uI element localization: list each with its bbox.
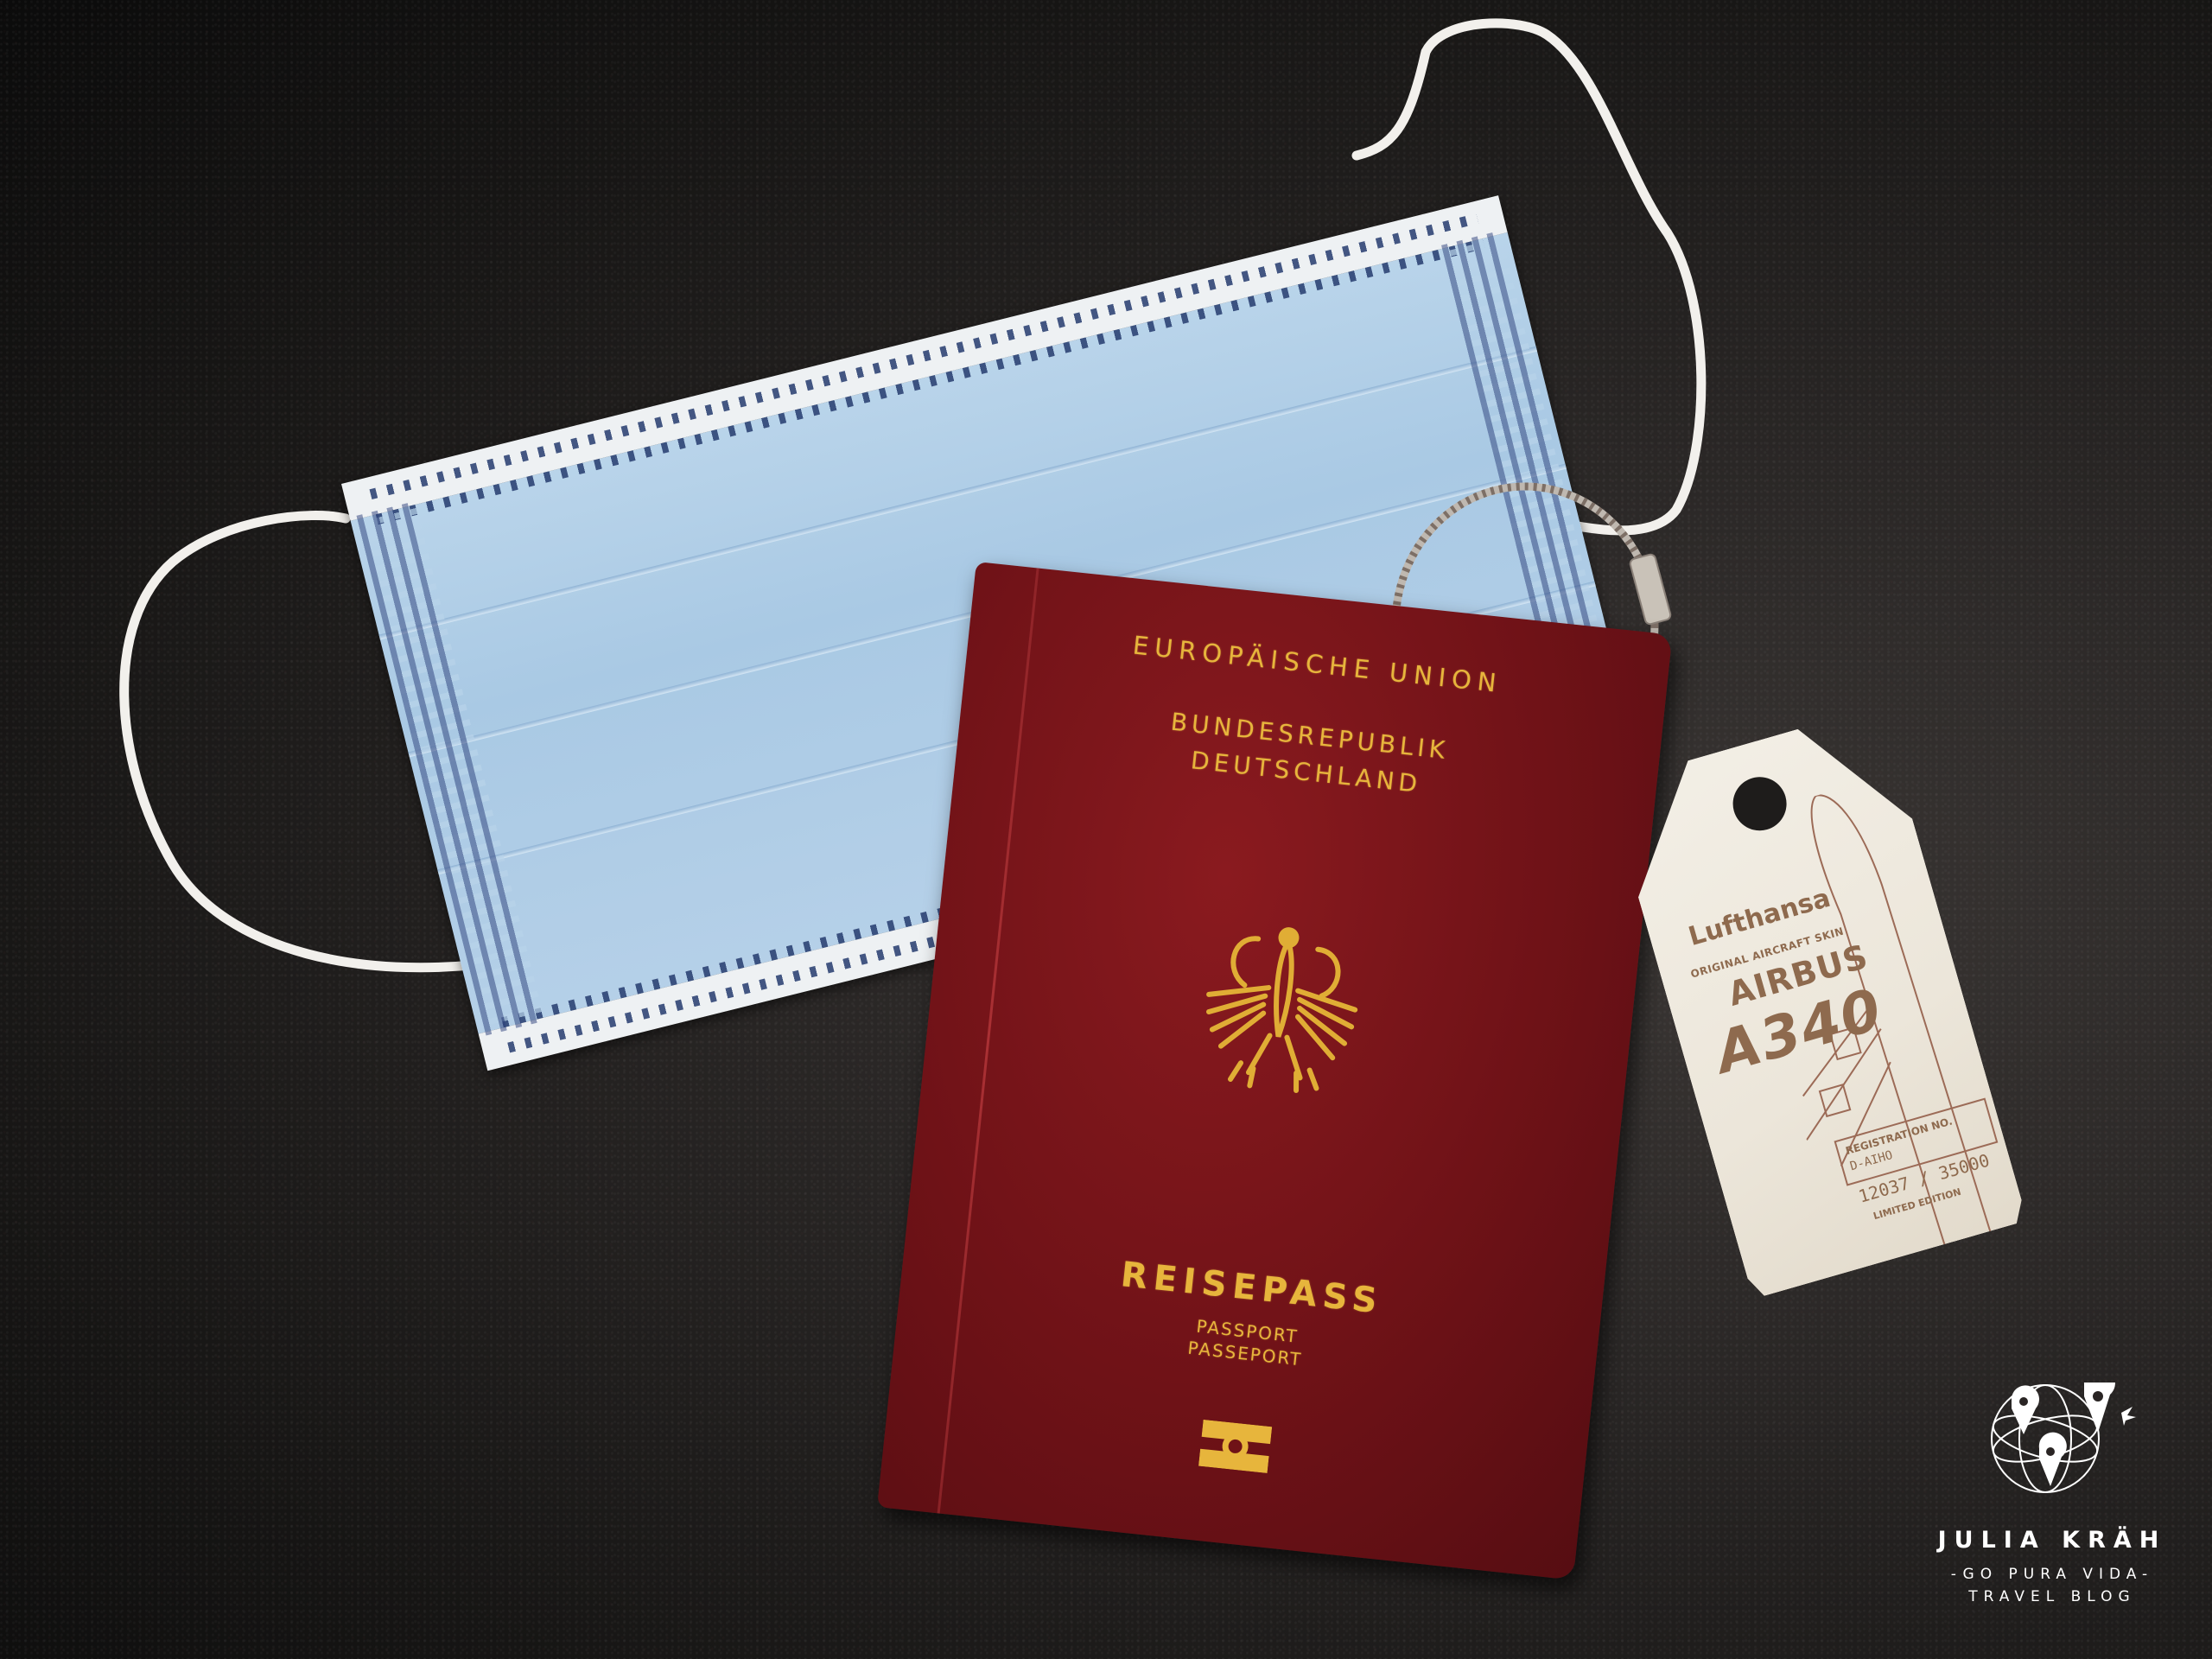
globe-with-pins-icon xyxy=(1987,1382,2143,1503)
watermark-subtitle: TRAVEL BLOG xyxy=(1935,1588,2169,1605)
passport: EUROPÄISCHE UNION BUNDESREPUBLIK DEUTSCH… xyxy=(877,562,1673,1580)
watermark: JULIA KRÄH -GO PURA VIDA- TRAVEL BLOG xyxy=(1935,1365,2212,1659)
eagle-icon xyxy=(1182,898,1382,1106)
watermark-tagline: -GO PURA VIDA- xyxy=(1935,1566,2169,1583)
biometric-chip-icon xyxy=(1198,1420,1272,1473)
watermark-name: JULIA KRÄH xyxy=(1935,1527,2169,1554)
